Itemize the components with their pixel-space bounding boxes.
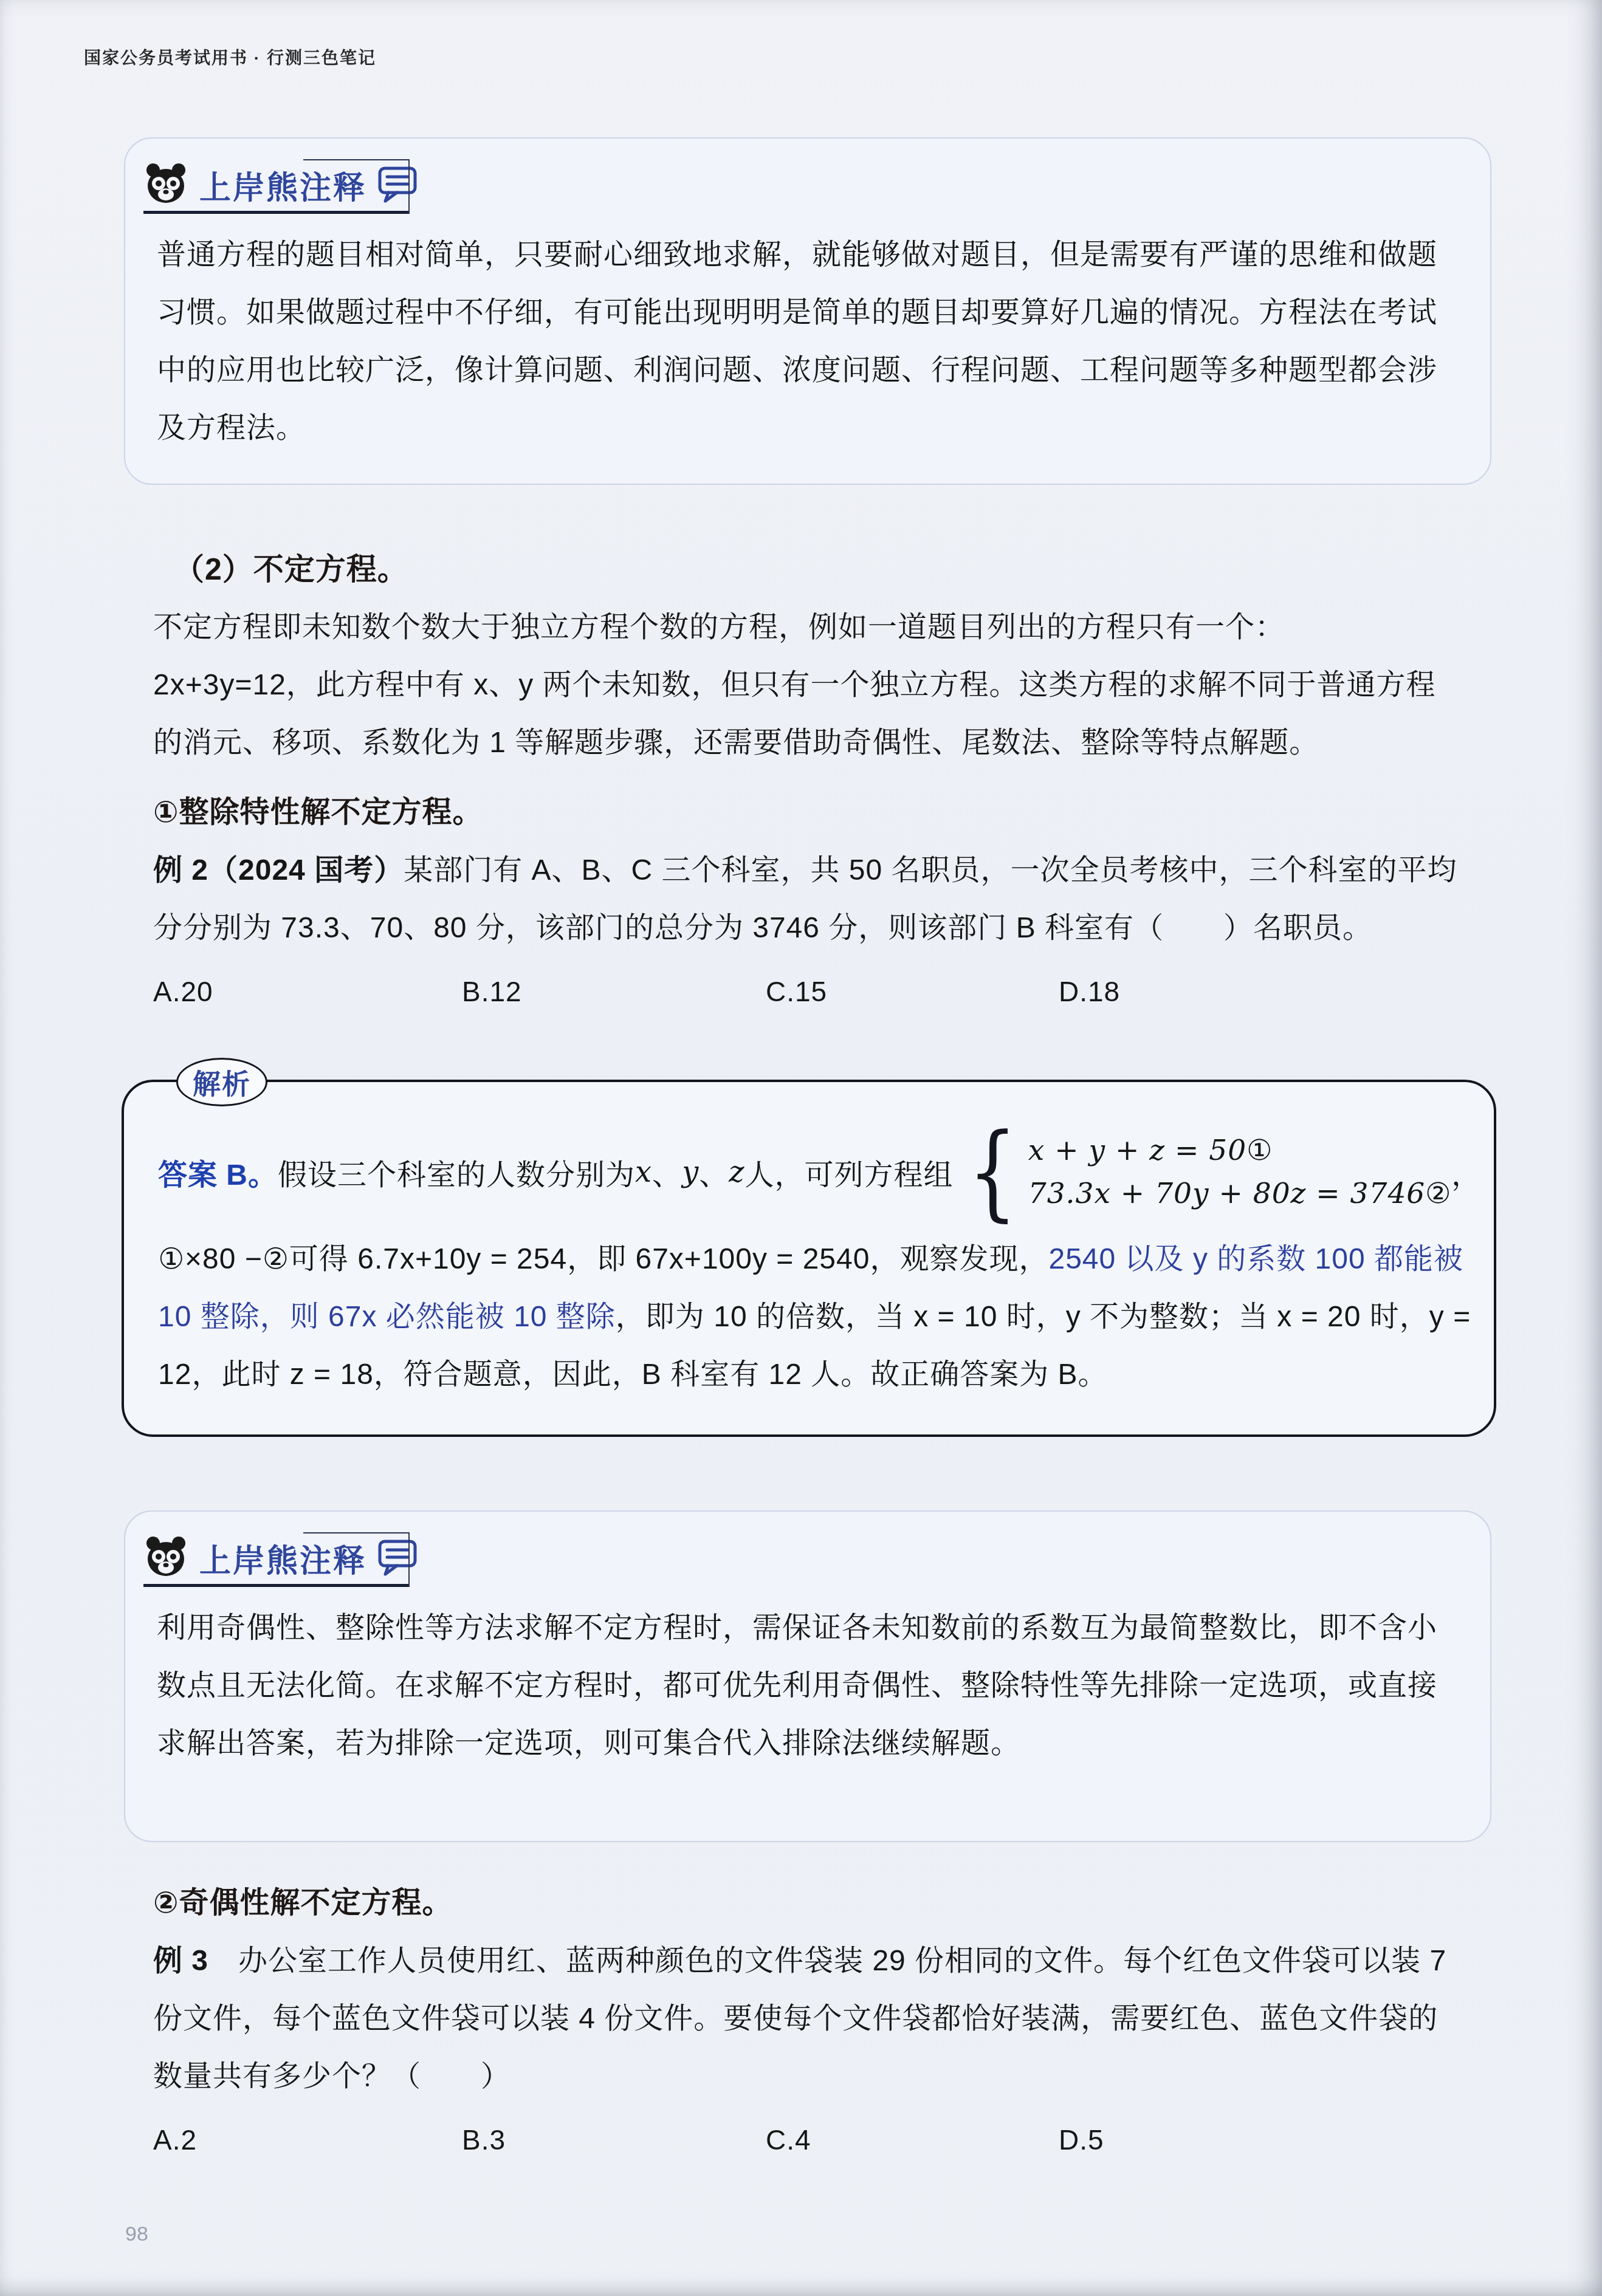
paragraph-line: 不定方程即未知数个数大于独立方程个数的方程，例如一道题目列出的方程只有一个： — [153, 598, 1496, 656]
annotation-box-2: 上岸熊注释 利用奇偶性、整除性等方法求解不定方程时，需保证各未知数前的系数互为最… — [124, 1510, 1491, 1842]
annotation-body: 利用奇偶性、整除性等方法求解不定方程时，需保证各未知数前的系数互为最简整数比，即… — [157, 1599, 1459, 1772]
analysis-line-2: ①×80 −②可得 6.7x+10y = 254，即 67x+100y = 25… — [158, 1230, 1476, 1288]
analysis-text: 假设三个科室的人数分别为 — [278, 1151, 635, 1193]
analysis-text: ，即为 10 的倍数，当 x = 10 时，y 不为整数；当 x = 20 时，… — [616, 1301, 1471, 1333]
annotation-line: 习惯。如果做题过程中不仔细，有可能出现明明是简单的题目却要算好几遍的情况。方程法… — [157, 284, 1459, 341]
option-d: D.18 — [1059, 963, 1120, 1021]
equation-2: 73.3x + 70y + 80z = 3746② — [1028, 1175, 1452, 1212]
example2-line2: 分分别为 73.3、70、80 分，该部门的总分为 3746 分，则该部门 B … — [153, 899, 1496, 957]
analysis-line-3: 10 整除，则 67x 必然能被 10 整除，即为 10 的倍数，当 x = 1… — [158, 1288, 1476, 1346]
annotation-line: 中的应用也比较广泛，像计算问题、利润问题、浓度问题、行程问题、工程问题等多种题型… — [157, 341, 1459, 399]
equation-system: { x + y + z = 50① 73.3x + 70y + 80z = 37… — [960, 1126, 1452, 1219]
analysis-text: ①×80 −②可得 6.7x+10y = 254，即 67x+100y = 25… — [158, 1243, 1048, 1275]
speech-bubble-icon — [377, 1539, 418, 1580]
annotation-line: 利用奇偶性、整除性等方法求解不定方程时，需保证各未知数前的系数互为最简整数比，即… — [157, 1599, 1459, 1657]
option-a: A.2 — [153, 2111, 197, 2169]
option-a: A.20 — [153, 963, 213, 1021]
example3-text: 办公室工作人员使用红、蓝两种颜色的文件袋装 29 份相同的文件。每个红色文件袋可… — [208, 1945, 1446, 1977]
annotation-box-1: 上岸熊注释 普通方程的题目相对简单，只要耐心细致地求解，就能够做对题目，但是需要… — [124, 137, 1491, 485]
annotation-title: 上岸熊注释 — [199, 1535, 366, 1581]
section-parity-method: ②奇偶性解不定方程。 例 3 办公室工作人员使用红、蓝两种颜色的文件袋装 29 … — [153, 1874, 1496, 2169]
math-var: x — [635, 1155, 652, 1189]
annotation-line: 数点且无法化简。在求解不定方程时，都可优先利用奇偶性、整除特性等先排除一定选项，… — [157, 1657, 1459, 1715]
page-number: 98 — [125, 2222, 148, 2246]
annotation-title-tab: 上岸熊注释 — [143, 159, 410, 214]
annotation-title-tab: 上岸熊注释 — [143, 1532, 410, 1587]
brace-glyph: { — [968, 1126, 1017, 1219]
option-b: B.3 — [462, 2111, 506, 2169]
annotation-line: 求解出答案，若为排除一定选项，则可集合代入排除法继续解题。 — [157, 1715, 1459, 1772]
section-heading: （2）不定方程。 — [153, 541, 1496, 598]
example3-label: 例 3 — [153, 1945, 208, 1977]
speech-bubble-icon — [377, 166, 418, 207]
analysis-highlight: 10 整除，则 67x 必然能被 10 整除 — [158, 1301, 616, 1333]
analysis-badge-label: 解析 — [193, 1062, 251, 1102]
option-b: B.12 — [462, 963, 522, 1021]
math-var: y — [682, 1155, 699, 1189]
example2-label: 例 2（2024 国考） — [153, 854, 404, 886]
section-indefinite-equations: （2）不定方程。 不定方程即未知数个数大于独立方程个数的方程，例如一道题目列出的… — [153, 541, 1496, 1021]
math-var: z — [729, 1155, 744, 1189]
example3-line1: 例 3 办公室工作人员使用红、蓝两种颜色的文件袋装 29 份相同的文件。每个红色… — [153, 1932, 1496, 1990]
example3-line3: 数量共有多少个？（ ） — [153, 2048, 1496, 2105]
analysis-text: 、 — [699, 1151, 729, 1193]
option-d: D.5 — [1059, 2111, 1104, 2169]
annotation-line: 普通方程的题目相对简单，只要耐心细致地求解，就能够做对题目，但是需要有严谨的思维… — [157, 226, 1459, 284]
example2-line1: 例 2（2024 国考）某部门有 A、B、C 三个科室，共 50 名职员，一次全… — [153, 841, 1496, 899]
analysis-box: 解析 答案 B。假设三个科室的人数分别为 x、y、z 人，可列方程组 { x +… — [122, 1080, 1496, 1437]
equation-1: x + y + z = 50① — [1028, 1132, 1452, 1169]
equations: x + y + z = 50① 73.3x + 70y + 80z = 3746… — [1028, 1132, 1452, 1212]
running-head: 国家公务员考试用书 · 行测三色笔记 — [84, 45, 376, 69]
subsection-heading-1: ①整除特性解不定方程。 — [153, 784, 1496, 841]
paragraph-line: 的消元、移项、系数化为 1 等解题步骤，还需要借助奇偶性、尾数法、整除等特点解题… — [153, 714, 1496, 772]
analysis-line-1: 答案 B。假设三个科室的人数分别为 x、y、z 人，可列方程组 { x + y … — [158, 1114, 1476, 1230]
annotation-line: 及方程法。 — [157, 399, 1459, 457]
annotation-body: 普通方程的题目相对简单，只要耐心细致地求解，就能够做对题目，但是需要有严谨的思维… — [157, 226, 1459, 457]
analysis-highlight: 2540 以及 y 的系数 100 都能被 — [1048, 1243, 1463, 1275]
analysis-content: 答案 B。假设三个科室的人数分别为 x、y、z 人，可列方程组 { x + y … — [124, 1082, 1494, 1403]
book-page: 国家公务员考试用书 · 行测三色笔记 上岸熊注释 — [0, 0, 1602, 2296]
subsection-heading-2: ②奇偶性解不定方程。 — [153, 1874, 1496, 1932]
example2-options: A.20 B.12 C.15 D.18 — [153, 963, 1496, 1021]
analysis-badge: 解析 — [176, 1058, 267, 1106]
example3-options: A.2 B.3 C.4 D.5 — [153, 2111, 1496, 2169]
analysis-text: 人，可列方程组 — [745, 1151, 954, 1193]
bear-icon — [143, 162, 188, 208]
example3-line2: 份文件，每个蓝色文件袋可以装 4 份文件。要使每个文件袋都恰好装满，需要红色、蓝… — [153, 1990, 1496, 2048]
answer-text: 答案 B。 — [158, 1151, 278, 1193]
option-c: C.15 — [766, 963, 827, 1021]
example2-text: 某部门有 A、B、C 三个科室，共 50 名职员，一次全员考核中，三个科室的平均 — [404, 854, 1457, 886]
annotation-title: 上岸熊注释 — [199, 162, 366, 208]
bear-icon — [143, 1535, 188, 1581]
option-c: C.4 — [766, 2111, 811, 2169]
paragraph-line: 2x+3y=12，此方程中有 x、y 两个未知数，但只有一个独立方程。这类方程的… — [153, 656, 1496, 714]
analysis-text: 、 — [652, 1151, 682, 1193]
analysis-line-4: 12，此时 z = 18，符合题意，因此，B 科室有 12 人。故正确答案为 B… — [158, 1346, 1476, 1403]
analysis-text: ， — [1451, 1151, 1481, 1193]
